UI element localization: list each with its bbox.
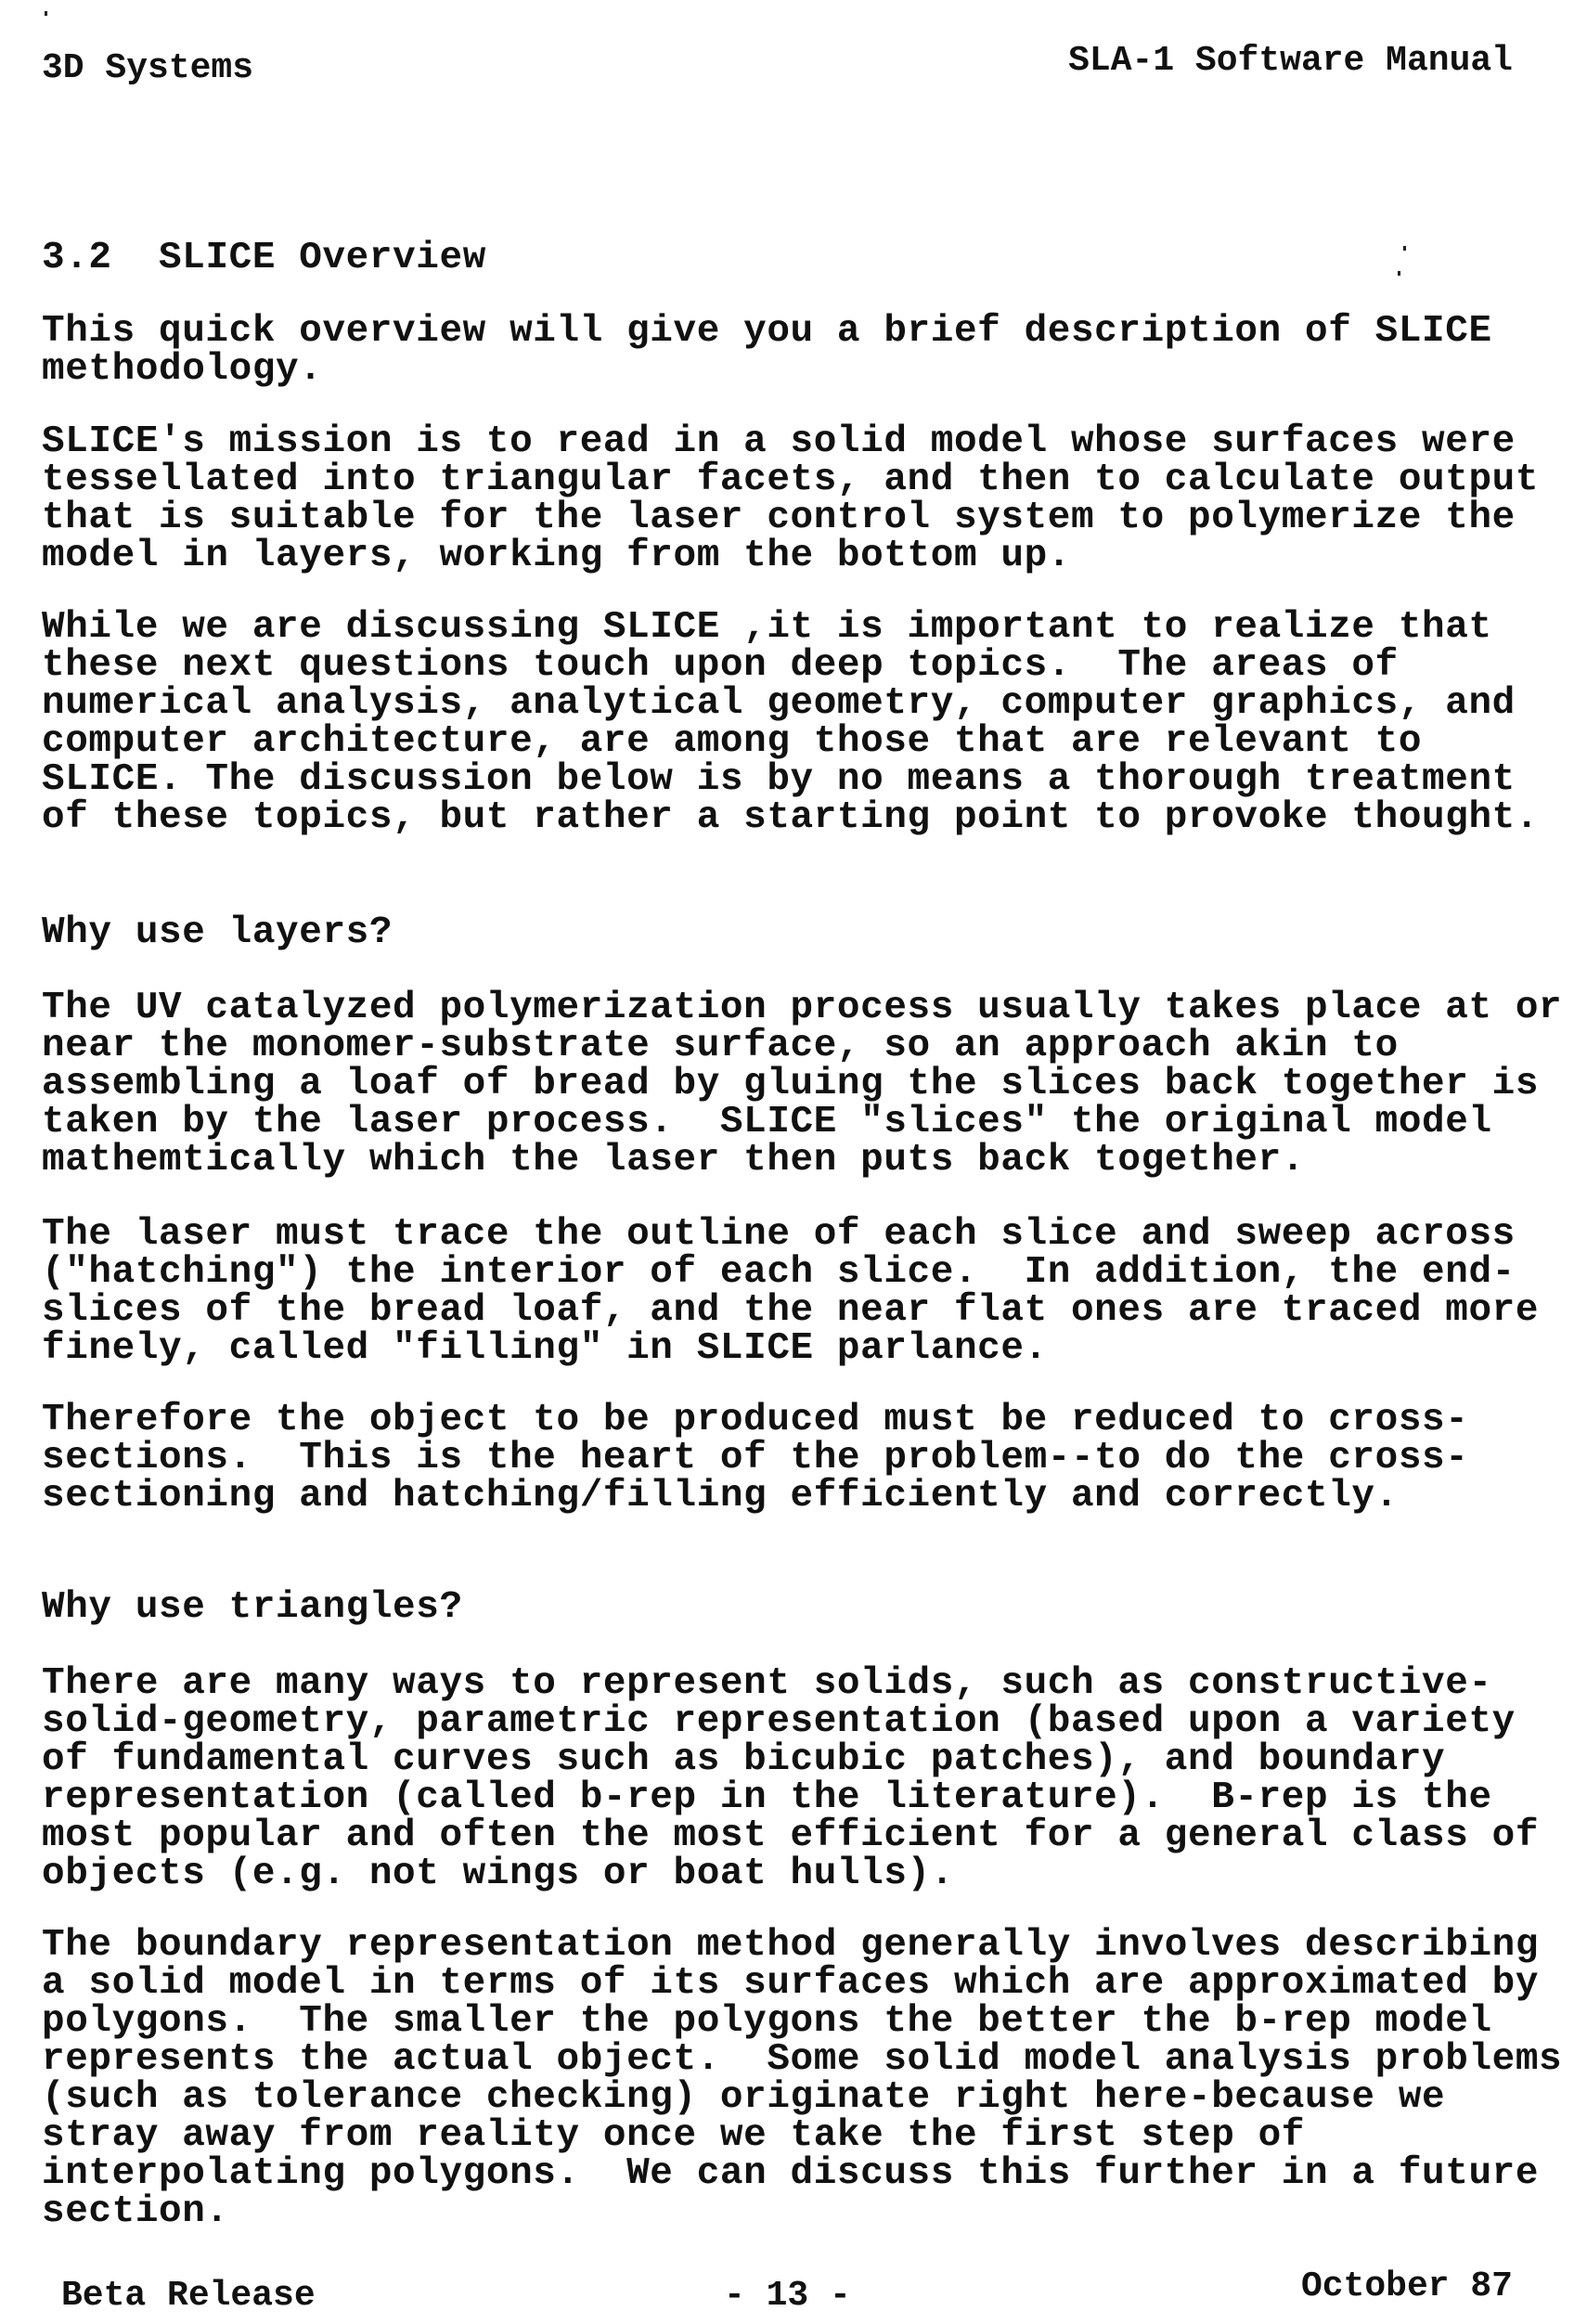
scan-speck xyxy=(1403,246,1406,251)
paragraph-line: solid-geometry, parametric representatio… xyxy=(42,1703,1516,1741)
paragraph-line: assembling a loaf of bread by gluing the… xyxy=(42,1065,1539,1104)
paragraph-line: interpolating polygons. We can discuss t… xyxy=(42,2155,1539,2193)
paragraph-line: these next questions touch upon deep top… xyxy=(42,647,1399,685)
paragraph-line: near the monomer-substrate surface, so a… xyxy=(42,1027,1399,1065)
header-manual-title: SLA-1 Software Manual xyxy=(1068,41,1513,81)
document-page: 3D Systems SLA-1 Software Manual 3.2 SLI… xyxy=(0,0,1574,2324)
paragraph-line: of these topics, but rather a starting p… xyxy=(42,799,1539,837)
paragraph-line: This quick overview will give you a brie… xyxy=(42,313,1492,351)
paragraph-line: tessellated into triangular facets, and … xyxy=(42,461,1539,499)
subsection-heading: Why use triangles? xyxy=(42,1589,463,1627)
paragraph-line: ("hatching") the interior of each slice.… xyxy=(42,1254,1516,1292)
paragraph-line: that is suitable for the laser control s… xyxy=(42,499,1516,537)
paragraph-line: finely, called "filling" in SLICE parlan… xyxy=(42,1330,1048,1368)
paragraph-line: sectioning and hatching/filling efficien… xyxy=(42,1478,1399,1516)
paragraph-line: Therefore the object to be produced must… xyxy=(42,1401,1468,1440)
paragraph-line: sections. This is the heart of the probl… xyxy=(42,1440,1468,1478)
footer-page-number: - 13 - xyxy=(724,2276,851,2316)
paragraph-line: (such as tolerance checking) originate r… xyxy=(42,2079,1445,2117)
paragraph-line: of fundamental curves such as bicubic pa… xyxy=(42,1741,1445,1779)
section-title: SLICE Overview xyxy=(159,237,486,279)
paragraph-line: objects (e.g. not wings or boat hulls). xyxy=(42,1855,954,1893)
paragraph-line: computer architecture, are among those t… xyxy=(42,723,1422,761)
paragraph-line: The UV catalyzed polymerization process … xyxy=(42,989,1562,1027)
paragraph-line: There are many ways to represent solids,… xyxy=(42,1665,1492,1703)
paragraph-line: slices of the bread loaf, and the near f… xyxy=(42,1292,1539,1330)
paragraph-line: represents the actual object. Some solid… xyxy=(42,2041,1562,2079)
paragraph-line: taken by the laser process. SLICE "slice… xyxy=(42,1104,1492,1142)
paragraph-line: methodology. xyxy=(42,351,322,389)
paragraph-line: stray away from reality once we take the… xyxy=(42,2117,1305,2155)
subsection-heading: Why use layers? xyxy=(42,914,393,952)
paragraph-line: SLICE's mission is to read in a solid mo… xyxy=(42,423,1516,461)
paragraph-line: The boundary representation method gener… xyxy=(42,1927,1539,1965)
paragraph-line: numerical analysis, analytical geometry,… xyxy=(42,685,1516,723)
footer-release: Beta Release xyxy=(61,2276,316,2316)
footer-date: October 87 xyxy=(1301,2266,1513,2306)
paragraph-line: a solid model in terms of its surfaces w… xyxy=(42,1965,1539,2003)
scan-speck xyxy=(45,11,47,16)
section-heading: 3.2 SLICE Overview xyxy=(42,239,486,278)
paragraph-line: polygons. The smaller the polygons the b… xyxy=(42,2003,1492,2041)
paragraph-line: representation (called b-rep in the lite… xyxy=(42,1779,1492,1817)
paragraph-line: most popular and often the most efficien… xyxy=(42,1817,1539,1855)
paragraph-line: SLICE. The discussion below is by no mea… xyxy=(42,761,1516,799)
paragraph-line: model in layers, working from the bottom… xyxy=(42,537,1071,575)
paragraph-line: mathemtically which the laser then puts … xyxy=(42,1142,1305,1180)
section-number: 3.2 xyxy=(42,237,112,279)
paragraph-line: section. xyxy=(42,2193,229,2231)
header-company: 3D Systems xyxy=(42,48,253,88)
paragraph-line: The laser must trace the outline of each… xyxy=(42,1216,1516,1254)
paragraph-line: While we are discussing SLICE ,it is imp… xyxy=(42,609,1492,647)
scan-speck xyxy=(1398,271,1400,276)
